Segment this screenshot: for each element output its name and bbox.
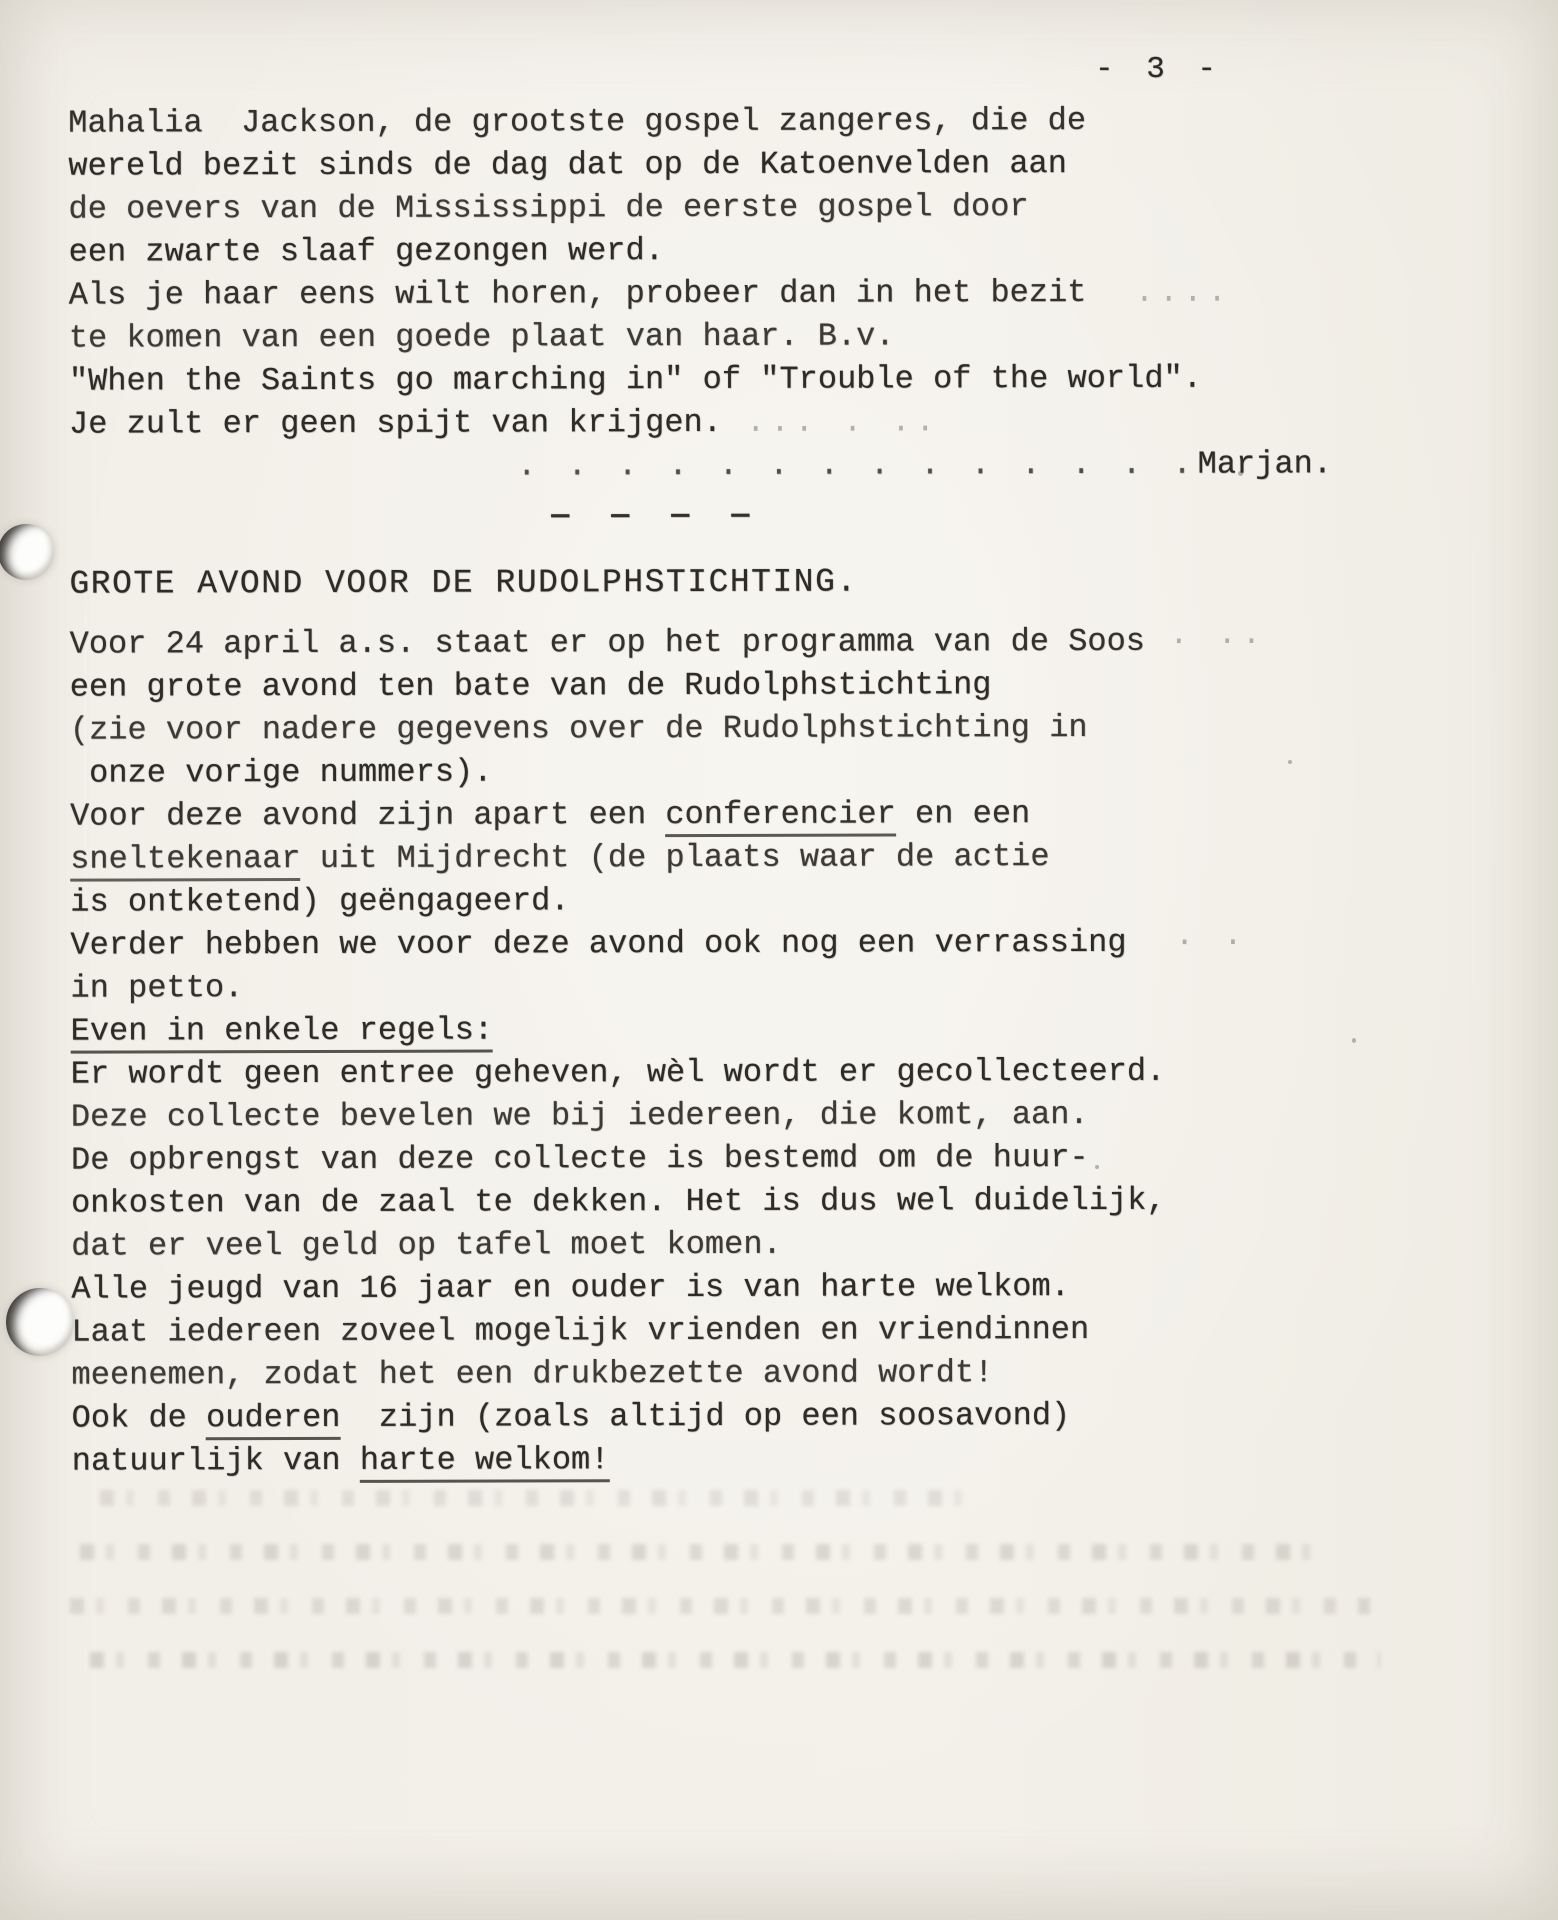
page-number: - 3 - (1095, 52, 1223, 87)
text-segment: Voor deze avond zijn apart een (70, 796, 665, 835)
text-segment: Alle jeugd van 16 jaar en ouder is van h… (71, 1268, 1070, 1308)
smudge-row (90, 1652, 1380, 1668)
punch-hole-top (0, 524, 54, 580)
text-segment: zijn (zoals altijd op een soosavond) (340, 1397, 1070, 1436)
page-content: Mahalia Jackson, de grootste gospel zang… (68, 98, 1322, 1482)
text-segment: een grote avond ten bate van de Rudolphs… (70, 666, 992, 705)
text-line: (zie voor nadere gegevens over de Rudolp… (70, 705, 1320, 751)
paper-speck (1352, 1038, 1356, 1043)
text-line: Ook de ouderen zijn (zoals altijd op een… (72, 1393, 1322, 1439)
text-segment: onkosten van de zaal te dekken. Het is d… (71, 1182, 1166, 1222)
text-segment: natuurlijk van (72, 1442, 360, 1480)
leader-dots: . . . . . . . . . . . . . . (517, 446, 1198, 485)
paper-speck (1288, 760, 1292, 764)
text-line: dat er veel geld op tafel moet komen. (71, 1221, 1321, 1267)
text-line: "When the Saints go marching in" of "Tro… (69, 356, 1319, 402)
underlined-text: ouderen (206, 1399, 341, 1440)
smudge-row (100, 1490, 980, 1506)
underlined-text: conferencier (665, 795, 896, 837)
signature-name: Marjan. (1198, 445, 1333, 482)
underlined-text: Even in enkele regels: (71, 1012, 494, 1054)
text-segment: De opbrengst van deze collecte is bestem… (71, 1139, 1089, 1179)
section-heading: GROTE AVOND VOOR DE RUDOLPHSTICHTING. (69, 557, 1319, 608)
text-line: natuurlijk van harte welkom! (72, 1436, 1322, 1482)
intro-paragraph: Mahalia Jackson, de grootste gospel zang… (68, 98, 1319, 445)
text-line: Laat iedereen zoveel mogelijk vrienden e… (71, 1307, 1321, 1353)
text-segment: "When the Saints go marching in" of "Tro… (69, 360, 1202, 400)
text-line: een zwarte slaaf gezongen werd. (69, 227, 1319, 273)
paper-speck (1238, 471, 1243, 476)
text-segment: onze vorige nummers). (70, 754, 493, 792)
text-line: De opbrengst van deze collecte is bestem… (71, 1135, 1321, 1181)
text-line: onze vorige nummers). (70, 748, 1320, 794)
text-line: meenemen, zodat het een drukbezette avon… (71, 1350, 1321, 1396)
text-segment: Deze collecte bevelen we bij iedereen, d… (71, 1096, 1089, 1136)
text-segment: Als je haar eens wilt horen, probeer dan… (69, 274, 1087, 314)
text-line: Alle jeugd van 16 jaar en ouder is van h… (71, 1264, 1321, 1310)
text-line: Als je haar eens wilt horen, probeer dan… (69, 270, 1319, 316)
section-paragraph: Voor 24 april a.s. staat er op het progr… (70, 619, 1322, 1482)
text-line: sneltekenaar uit Mijdrecht (de plaats wa… (70, 834, 1320, 880)
signature-line: . . . . . . . . . . . . . .Marjan. (69, 442, 1319, 488)
text-segment: Voor 24 april a.s. staat er op het progr… (70, 623, 1145, 663)
text-line: Mahalia Jackson, de grootste gospel zang… (68, 98, 1318, 144)
text-line: Even in enkele regels: (71, 1006, 1321, 1052)
text-line: de oevers van de Mississippi de eerste g… (68, 184, 1318, 230)
text-line: Voor 24 april a.s. staat er op het progr… (70, 619, 1320, 665)
text-segment: de oevers van de Mississippi de eerste g… (68, 188, 1028, 228)
text-line: Er wordt geen entree geheven, wèl wordt … (71, 1049, 1321, 1095)
text-segment: Verder hebben we voor deze avond ook nog… (70, 924, 1126, 964)
text-segment: in petto. (70, 969, 243, 1006)
text-segment: wereld bezit sinds de dag dat op de Kato… (68, 145, 1067, 185)
text-segment: .... (1086, 274, 1231, 311)
underlined-text: harte welkom! (360, 1441, 610, 1483)
text-segment: ... . .. (722, 403, 940, 441)
text-line: Deze collecte bevelen we bij iedereen, d… (71, 1092, 1321, 1138)
text-segment: Mahalia Jackson, de grootste gospel zang… (68, 102, 1086, 142)
paper-speck (1095, 1165, 1099, 1169)
text-segment: is ontketend) geëngageerd. (70, 882, 569, 920)
text-segment: uit Mijdrecht (de plaats waar de actie (301, 838, 1050, 877)
text-segment: Er wordt geen entree geheven, wèl wordt … (71, 1053, 1166, 1093)
text-segment: dat er veel geld op tafel moet komen. (71, 1226, 782, 1265)
text-line: in petto. (70, 963, 1320, 1009)
text-line: onkosten van de zaal te dekken. Het is d… (71, 1178, 1321, 1224)
text-line: is ontketend) geëngageerd. (70, 877, 1320, 923)
text-segment: Laat iedereen zoveel mogelijk vrienden e… (71, 1311, 1089, 1351)
text-segment: · ·· (1145, 623, 1266, 660)
text-line: wereld bezit sinds de dag dat op de Kato… (68, 141, 1318, 187)
underlined-text: sneltekenaar (70, 840, 301, 882)
text-segment: en een (896, 795, 1031, 832)
text-segment: Je zult er geen spijt van krijgen. (69, 404, 722, 443)
text-segment: · · (1127, 924, 1248, 961)
text-line: Je zult er geen spijt van krijgen. ... .… (69, 399, 1319, 445)
smudge-row (70, 1598, 1370, 1614)
scanned-page: - 3 - Mahalia Jackson, de grootste gospe… (0, 0, 1558, 1920)
text-line: te komen van een goede plaat van haar. B… (69, 313, 1319, 359)
text-segment: Ook de (72, 1399, 207, 1436)
text-line: Verder hebben we voor deze avond ook nog… (70, 920, 1320, 966)
text-line: een grote avond ten bate van de Rudolphs… (70, 662, 1320, 708)
text-segment: (zie voor nadere gegevens over de Rudolp… (70, 709, 1088, 749)
text-segment: een zwarte slaaf gezongen werd. (69, 232, 664, 271)
text-segment: meenemen, zodat het een drukbezette avon… (71, 1354, 993, 1393)
bleed-through-smudges (70, 1490, 1390, 1750)
smudge-row (80, 1544, 1320, 1560)
text-segment: te komen van een goede plaat van haar. B… (69, 317, 895, 356)
section-divider: — — — — (69, 499, 1319, 532)
punch-hole-bottom (6, 1288, 74, 1356)
text-line: Voor deze avond zijn apart een conferenc… (70, 791, 1320, 837)
